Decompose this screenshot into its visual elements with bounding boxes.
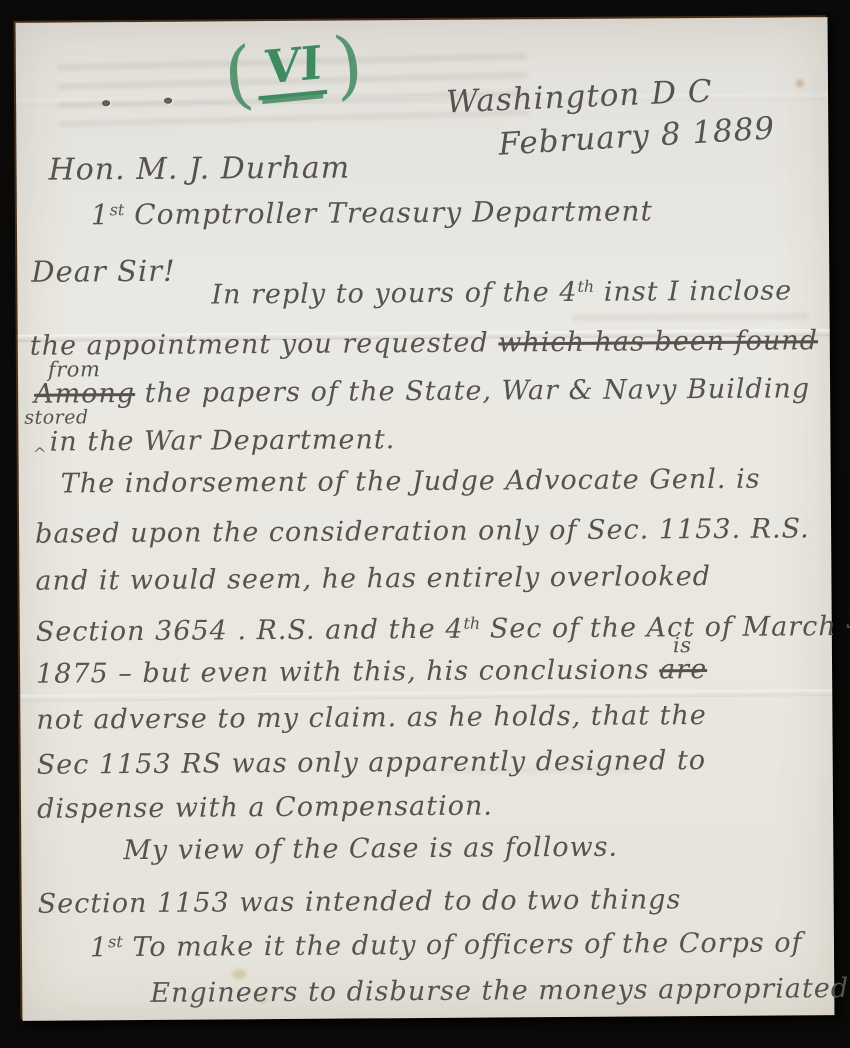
body-line: based upon the consideration only of Sec… [35,513,810,549]
body-text: 1 [90,932,108,963]
body-line: ^in the War Department. [32,424,395,465]
raised-numeral: 3 [846,606,850,634]
recipient-title-ordinal: st [110,200,125,219]
body-line: 1st To make it the duty of officers of t… [90,927,803,963]
body-text: Section 1153 was intended to do two thin… [38,884,682,919]
body-line: Sec 1153 RS was only apparently designed… [37,745,707,781]
body-text: Section 3654 . R.S. and the 4 [36,614,464,648]
date-line: February 8 1889 [498,110,777,162]
body-text: and it would seem, he has entirely overl… [35,561,711,597]
scan-background: { "scan": { "background_color": "#0b0a08… [0,0,850,1048]
body-text: The indorsement of the Judge Advocate Ge… [61,464,761,500]
annotation-roman-numeral: VI [258,35,328,101]
recipient-name: Hon. M. J. Durham [48,151,350,188]
paper-stain [796,79,804,87]
insertion-caret: ^ [32,445,47,465]
recipient-title: 1st Comptroller Treasury Department [91,194,653,231]
annotation-close-paren: ) [330,21,367,109]
recipient-title-number: 1 [91,198,110,231]
ordinal-suffix: st [108,932,123,951]
body-line: and it would seem, he has entirely overl… [35,561,711,597]
body-text: dispense with a Compensation. [37,791,493,825]
fold-crease [20,689,832,702]
body-text: not adverse to my claim. as he holds, th… [36,700,707,736]
body-line-with-strikethrough: the appointment you requested which has … [30,325,818,362]
body-text: Sec 1153 RS was only apparently designed… [37,745,707,781]
body-text: based upon the consideration only of Sec… [35,513,810,549]
strikethrough-text: which has been found [498,325,818,358]
body-text: inst I inclose [594,275,792,307]
annotation-open-paren: ( [220,31,257,119]
body-text: My view of the Case is as follows. [123,832,618,866]
body-text: 1875 – but even with this, his conclusio… [36,654,659,689]
pinhole [164,98,172,104]
body-line: My view of the Case is as follows. [123,832,618,866]
salutation: Dear Sir! [31,254,176,289]
body-text: Engineers to disburse the moneys appropr… [150,973,849,1009]
body-text: Sec of the Act of March [480,611,846,645]
body-text: To make it the duty of officers of the C… [123,927,803,963]
inserted-word-above: from [48,357,101,381]
body-line: The indorsement of the Judge Advocate Ge… [61,464,761,500]
inserted-word-above: is [673,633,692,657]
body-line: not adverse to my claim. as he holds, th… [36,700,707,736]
body-line-with-correction: 1875 – but even with this, his conclusio… [36,654,707,690]
correction-group: isare [659,654,707,685]
body-line: In reply to yours of the 4th inst I incl… [211,275,792,310]
body-text: In reply to yours of the 4 [211,277,577,311]
body-line: Engineers to disburse the moneys appropr… [150,973,849,1009]
recipient-title-text: Comptroller Treasury Department [124,194,653,231]
strikethrough-text: are [659,654,707,685]
body-line-with-correction: fromAmongstored the papers of the State,… [34,373,810,409]
pinhole [102,100,110,106]
correction-group: fromAmongstored [34,378,135,410]
ordinal-suffix: th [463,614,480,633]
body-line: Section 1153 was intended to do two thin… [38,884,682,919]
strikethrough-text: Among [34,378,135,410]
ordinal-suffix: th [577,277,594,296]
body-text: the papers of the State, War & Navy Buil… [135,373,810,409]
letter-paper: (VI) Washington D C February 8 1889 Hon.… [16,17,835,1021]
place-line: Washington D C [445,73,713,120]
page-number-annotation: (VI) [220,21,366,120]
body-line: dispense with a Compensation. [37,791,493,825]
body-line: Section 3654 . R.S. and the 4th Sec of t… [36,606,850,648]
body-text: in the War Department. [50,424,396,457]
